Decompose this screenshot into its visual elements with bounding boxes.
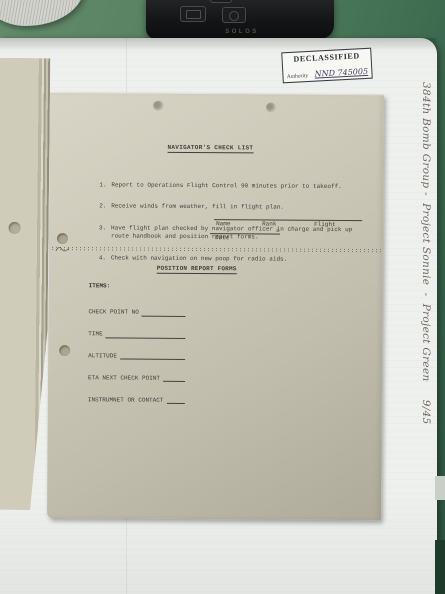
table-edge-notch [435, 476, 445, 500]
table-edge-shadow [435, 540, 445, 594]
form-field-underline [163, 376, 185, 382]
scanner-device: SOLOS [146, 0, 334, 39]
declassified-stamp: DECLASSIFIED Authority NND 745005 [281, 48, 372, 84]
items-heading: ITEMS: [89, 282, 111, 289]
form-field-label: ALTITUDE [88, 352, 117, 359]
device-magnifier-button [222, 7, 246, 23]
item-number: 2. [99, 203, 111, 210]
form-field-label: CHECK POINT NO [88, 309, 138, 317]
device-brand-label: SOLOS [202, 29, 282, 35]
page-title-row: NAVIGATOR'S CHECK LIST [50, 136, 350, 161]
form-field-row: INSTRUMNET OR CONTACT [88, 396, 185, 404]
stamp-authority-number: NND 745005 [314, 67, 368, 79]
stack-punch-hole [9, 222, 21, 234]
date-label: Date [215, 234, 229, 241]
form-field-row: CHECK POINT NO [88, 309, 185, 317]
device-top-button [210, 0, 232, 3]
checklist-item: 4. Check with navigation on new poop for… [99, 254, 352, 263]
margin-handwriting: 384th Bomb Group - Project Sonnie - Proj… [406, 82, 432, 447]
form-field-row: ALTITUDE [88, 352, 185, 360]
flight-label: Flight [314, 221, 336, 228]
checklist-item: 1. Report to Operations Flight Control 9… [99, 181, 352, 190]
form-field-label: ETA NEXT CHECK POINT [88, 374, 160, 382]
form-field-underline [106, 332, 186, 339]
checklist-item: 2. Receive winds from weather, fill in f… [99, 203, 352, 212]
form-field-underline [120, 354, 185, 360]
name-label: Name [216, 220, 230, 227]
form-field-row: ETA NEXT CHECK POINT [88, 374, 185, 382]
stamp-authority-label: Authority [287, 73, 309, 80]
form-field-label: INSTRUMNET OR CONTACT [88, 396, 164, 404]
page-title: NAVIGATOR'S CHECK LIST [167, 144, 253, 153]
item-text: Report to Operations Flight Control 90 m… [111, 181, 341, 190]
af-button-icon [186, 10, 201, 19]
rank-label: Rank [262, 220, 276, 227]
item-text: Check with navigation on new poop for ra… [111, 254, 287, 263]
form-field-label: TIME [88, 331, 102, 338]
photo-of-album-page: SOLOS DECLASSIFIED Authority NND 745005 … [0, 0, 445, 594]
item-number: 1. [99, 181, 111, 188]
paper-smudge [153, 101, 164, 111]
section-title: POSITION REPORT FORMS [157, 265, 237, 274]
magnifier-button-icon [229, 11, 239, 21]
punch-hole [57, 233, 68, 244]
form-field-underline [166, 398, 184, 404]
document-page: NAVIGATOR'S CHECK LIST 1. Report to Oper… [47, 92, 384, 520]
device-af-button [180, 6, 206, 22]
album-top-shadow [0, 38, 437, 50]
item-number: 3. [99, 225, 111, 240]
form-field-row: TIME [88, 331, 185, 339]
form-field-underline [142, 310, 186, 316]
punch-hole [59, 345, 70, 356]
white-cloth [0, 0, 84, 26]
item-number: 4. [99, 254, 111, 261]
paper-smudge [266, 103, 276, 113]
item-text: Receive winds from weather, fill in flig… [111, 203, 284, 212]
position-report-form: CHECK POINT NO TIME ALTITUDE ETA NEXT CH… [88, 294, 186, 418]
